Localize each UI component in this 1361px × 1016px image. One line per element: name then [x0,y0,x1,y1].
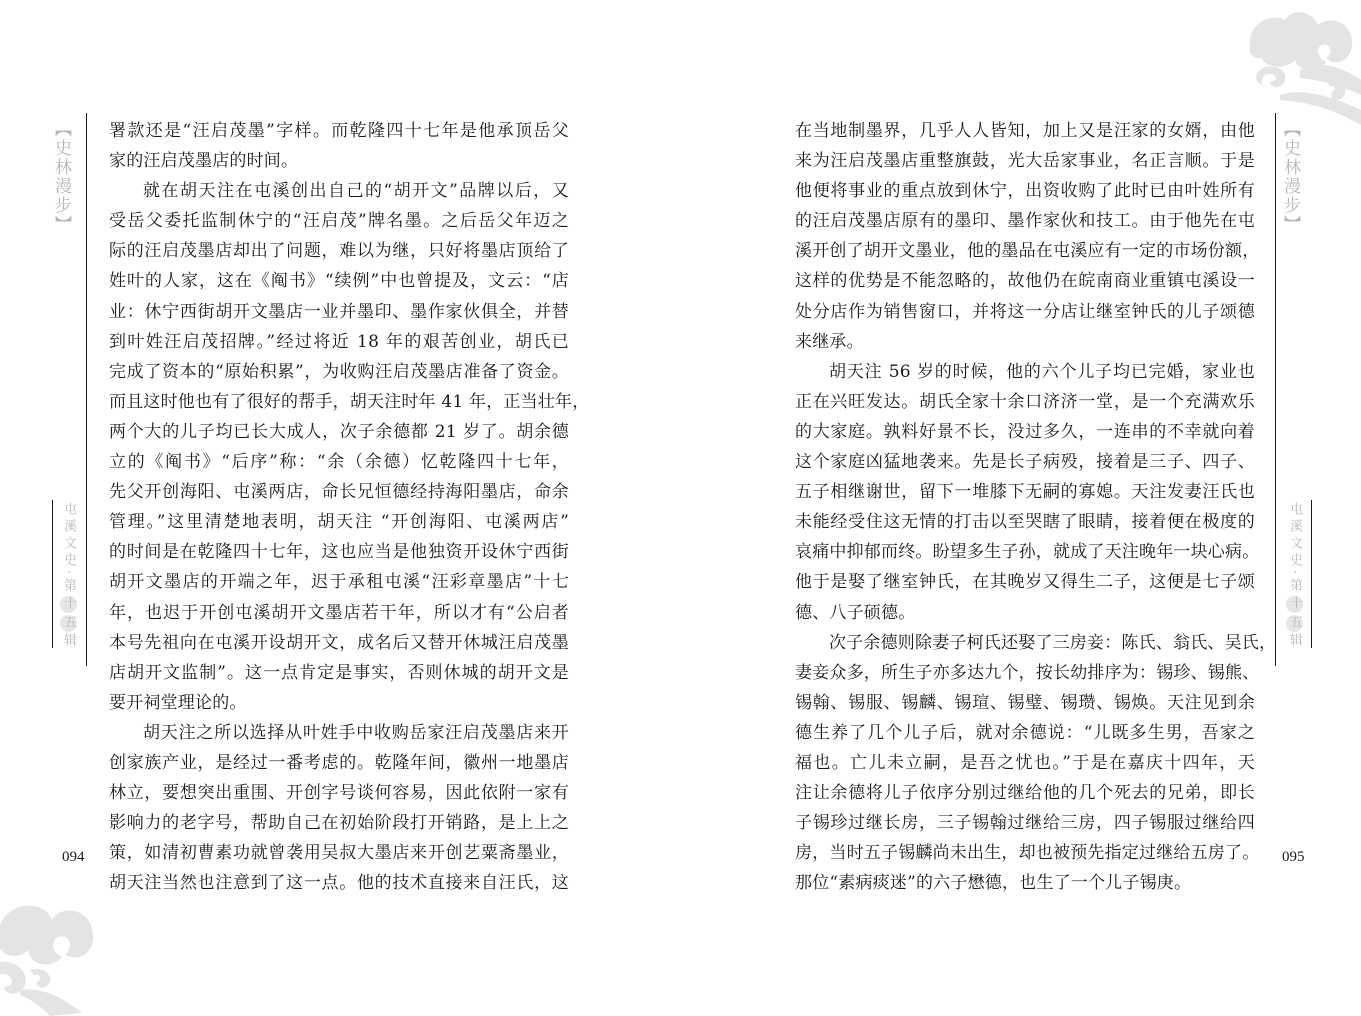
series-label: 屯溪文史·第十五辑 [1286,502,1303,650]
series-number-2: 五 [1286,615,1303,632]
series-rule [1311,500,1312,648]
text-line: 这个家庭凶猛地袭来。先是长子病殁，接着是三子、四子、 [795,447,1255,477]
series-rule [52,500,53,648]
series-label: 屯溪文史·第十五辑 [60,502,77,650]
text-line: 来为汪启茂墨店重整旗鼓，光大岳家事业，名正言顺。于是 [795,146,1255,176]
text-line: 德、八子硕德。 [795,598,1255,628]
text-line: 管理。”这里清楚地表明，胡天注 “开创海阳、屯溪两店” [109,507,569,537]
text-line: 林立，要想突出重围、开创字号谈何容易，因此依附一家有 [109,778,569,808]
text-line: 五子相继谢世，留下一堆膝下无嗣的寡媳。天注发妻汪氏也 [795,477,1255,507]
series-suffix: 辑 [61,633,76,650]
text-line: 溪开创了胡开文墨业，他的墨品在屯溪应有一定的市场份额， [795,236,1255,266]
text-line: 锡翰、锡服、锡麟、锡瑄、锡璧、锡瓒、锡焕。天注见到余 [795,688,1255,718]
text-line: 际的汪启茂墨店却出了问题，难以为继，只好将墨店顶给了 [109,236,569,266]
text-line: 到叶姓汪启茂招牌。”经过将近 18 年的艰苦创业，胡氏已 [109,327,569,357]
page-number: 094 [62,849,85,866]
series-number-2: 五 [60,615,77,632]
text-line: 处分店作为销售窗口，并将这一分店让继室钟氏的儿子颂德 [795,297,1255,327]
text-line: 在当地制墨界，几乎人人皆知，加上又是汪家的女婿，由他 [795,116,1255,146]
cloud-ornament-icon [1240,0,1361,125]
text-line: 未能经受住这无情的打击以至哭瞎了眼睛，接着便在极度的 [795,507,1255,537]
series-suffix: 辑 [1287,633,1302,650]
text-line: 子锡珍过继长房，三子锡翰过继给三房，四子锡服过继给四 [795,808,1255,838]
text-line: 而且这时他也有了很好的帮手，胡天注时年 41 年，正当壮年， [109,387,569,417]
left-page: 【史林漫步】 屯溪文史·第十五辑 署款还是“汪启茂墨”字样。而乾隆四十七年是他承… [0,0,680,1016]
text-line: 本号先祖向在屯溪开设胡开文，成名后又替开休城汪启茂墨 [109,628,569,658]
column-title: 【史林漫步】 [52,120,70,234]
margin-rule [86,113,87,666]
text-line: 德生养了几个儿子后，就对余德说：“儿既多生男，吾家之 [795,718,1255,748]
margin-rule [1275,113,1276,666]
body-text: 署款还是“汪启茂墨”字样。而乾隆四十七年是他承顶岳父家的汪启茂墨店的时间。就在胡… [109,116,569,898]
text-line: 他便将事业的重点放到休宁，出资收购了此时已由叶姓所有 [795,176,1255,206]
text-line: 完成了资本的“原始积累”，为收购汪启茂墨店准备了资金。 [109,357,569,387]
text-line: 署款还是“汪启茂墨”字样。而乾隆四十七年是他承顶岳父 [109,116,569,146]
text-line: 的时间是在乾隆四十七年，这也应当是他独资开设休宁西街 [109,537,569,567]
column-title: 【史林漫步】 [1281,120,1299,234]
text-line: 胡开文墨店的开端之年，迟于承租屯溪“汪彩章墨店”十七 [109,567,569,597]
body-text: 在当地制墨界，几乎人人皆知，加上又是汪家的女婿，由他来为汪启茂墨店重整旗鼓，光大… [795,116,1255,898]
text-line: 胡天注 56 岁的时候，他的六个儿子均已完婚，家业也 [795,357,1255,387]
text-line: 胡天注之所以选择从叶姓手中收购岳家汪启茂墨店来开 [109,718,569,748]
text-line: 店胡开文监制”。这一点肯定是事实，否则休城的胡开文是 [109,658,569,688]
page-number: 095 [1282,849,1305,866]
text-line: 姓叶的人家，这在《阄书》“续例”中也曾提及，文云：“店 [109,266,569,296]
text-line: 策，如清初曹素功就曾袭用吴叔大墨店来开创艺粟斋墨业， [109,838,569,868]
text-line: 就在胡天注在屯溪创出自己的“胡开文”品牌以后，又 [109,176,569,206]
text-line: 那位“素病痰迷”的六子懋德，也生了一个儿子锡庚。 [795,868,1255,898]
text-line: 业：休宁西街胡开文墨店一业并墨印、墨作家伙俱全，并替 [109,297,569,327]
text-line: 房，当时五子锡麟尚未出生，却也被预先指定过继给五房了。 [795,838,1255,868]
text-line: 来继承。 [795,327,1255,357]
text-line: 年，也迟于开创屯溪胡开文墨店若干年，所以才有“公启者 [109,598,569,628]
text-line: 的汪启茂墨店原有的墨印、墨作家伙和技工。由于他先在屯 [795,206,1255,236]
text-line: 影响力的老字号，帮助自己在初始阶段打开销路，是上上之 [109,808,569,838]
text-line: 创家族产业，是经过一番考虑的。乾隆年间，徽州一地墨店 [109,748,569,778]
text-line: 家的汪启茂墨店的时间。 [109,146,569,176]
text-line: 胡天注当然也注意到了这一点。他的技术直接来自汪氏，这 [109,868,569,898]
text-line: 立的《阄书》“后序”称：“余（余德）忆乾隆四十七年， [109,447,569,477]
right-page: 在当地制墨界，几乎人人皆知，加上又是汪家的女婿，由他来为汪启茂墨店重整旗鼓，光大… [680,0,1361,1016]
series-prefix: 屯溪文史·第 [1287,502,1302,595]
text-line: 两个大的儿子均已长大成人，次子余德都 21 岁了。胡余德 [109,417,569,447]
text-line: 他于是娶了继室钟氏，在其晚岁又得生二子，这便是七子颂 [795,567,1255,597]
text-line: 妻妾众多，所生子亦多达九个，按长幼排序为：锡珍、锡熊、 [795,658,1255,688]
text-line: 要开祠堂理论的。 [109,688,569,718]
series-number-1: 十 [60,596,77,613]
cloud-ornament-icon [0,895,110,1016]
text-line: 正在兴旺发达。胡氏全家十余口济济一堂，是一个充满欢乐 [795,387,1255,417]
text-line: 次子余德则除妻子柯氏还娶了三房妾：陈氏、翁氏、吴氏， [795,628,1255,658]
text-line: 福也。亡儿未立嗣，是吾之忧也。”于是在嘉庆十四年，天 [795,748,1255,778]
text-line: 注让余德将儿子依序分别过继给他的几个死去的兄弟，即长 [795,778,1255,808]
text-line: 的大家庭。孰料好景不长，没过多久，一连串的不幸就向着 [795,417,1255,447]
text-line: 先父开创海阳、屯溪两店，命长兄恒德经持海阳墨店，命余 [109,477,569,507]
series-prefix: 屯溪文史·第 [61,502,76,595]
text-line: 受岳父委托监制休宁的“汪启茂”牌名墨。之后岳父年迈之 [109,206,569,236]
series-number-1: 十 [1286,596,1303,613]
text-line: 这样的优势是不能忽略的，故他仍在皖南商业重镇屯溪设一 [795,266,1255,296]
text-line: 哀痛中抑郁而终。盼望多生子孙，就成了天注晚年一块心病。 [795,537,1255,567]
